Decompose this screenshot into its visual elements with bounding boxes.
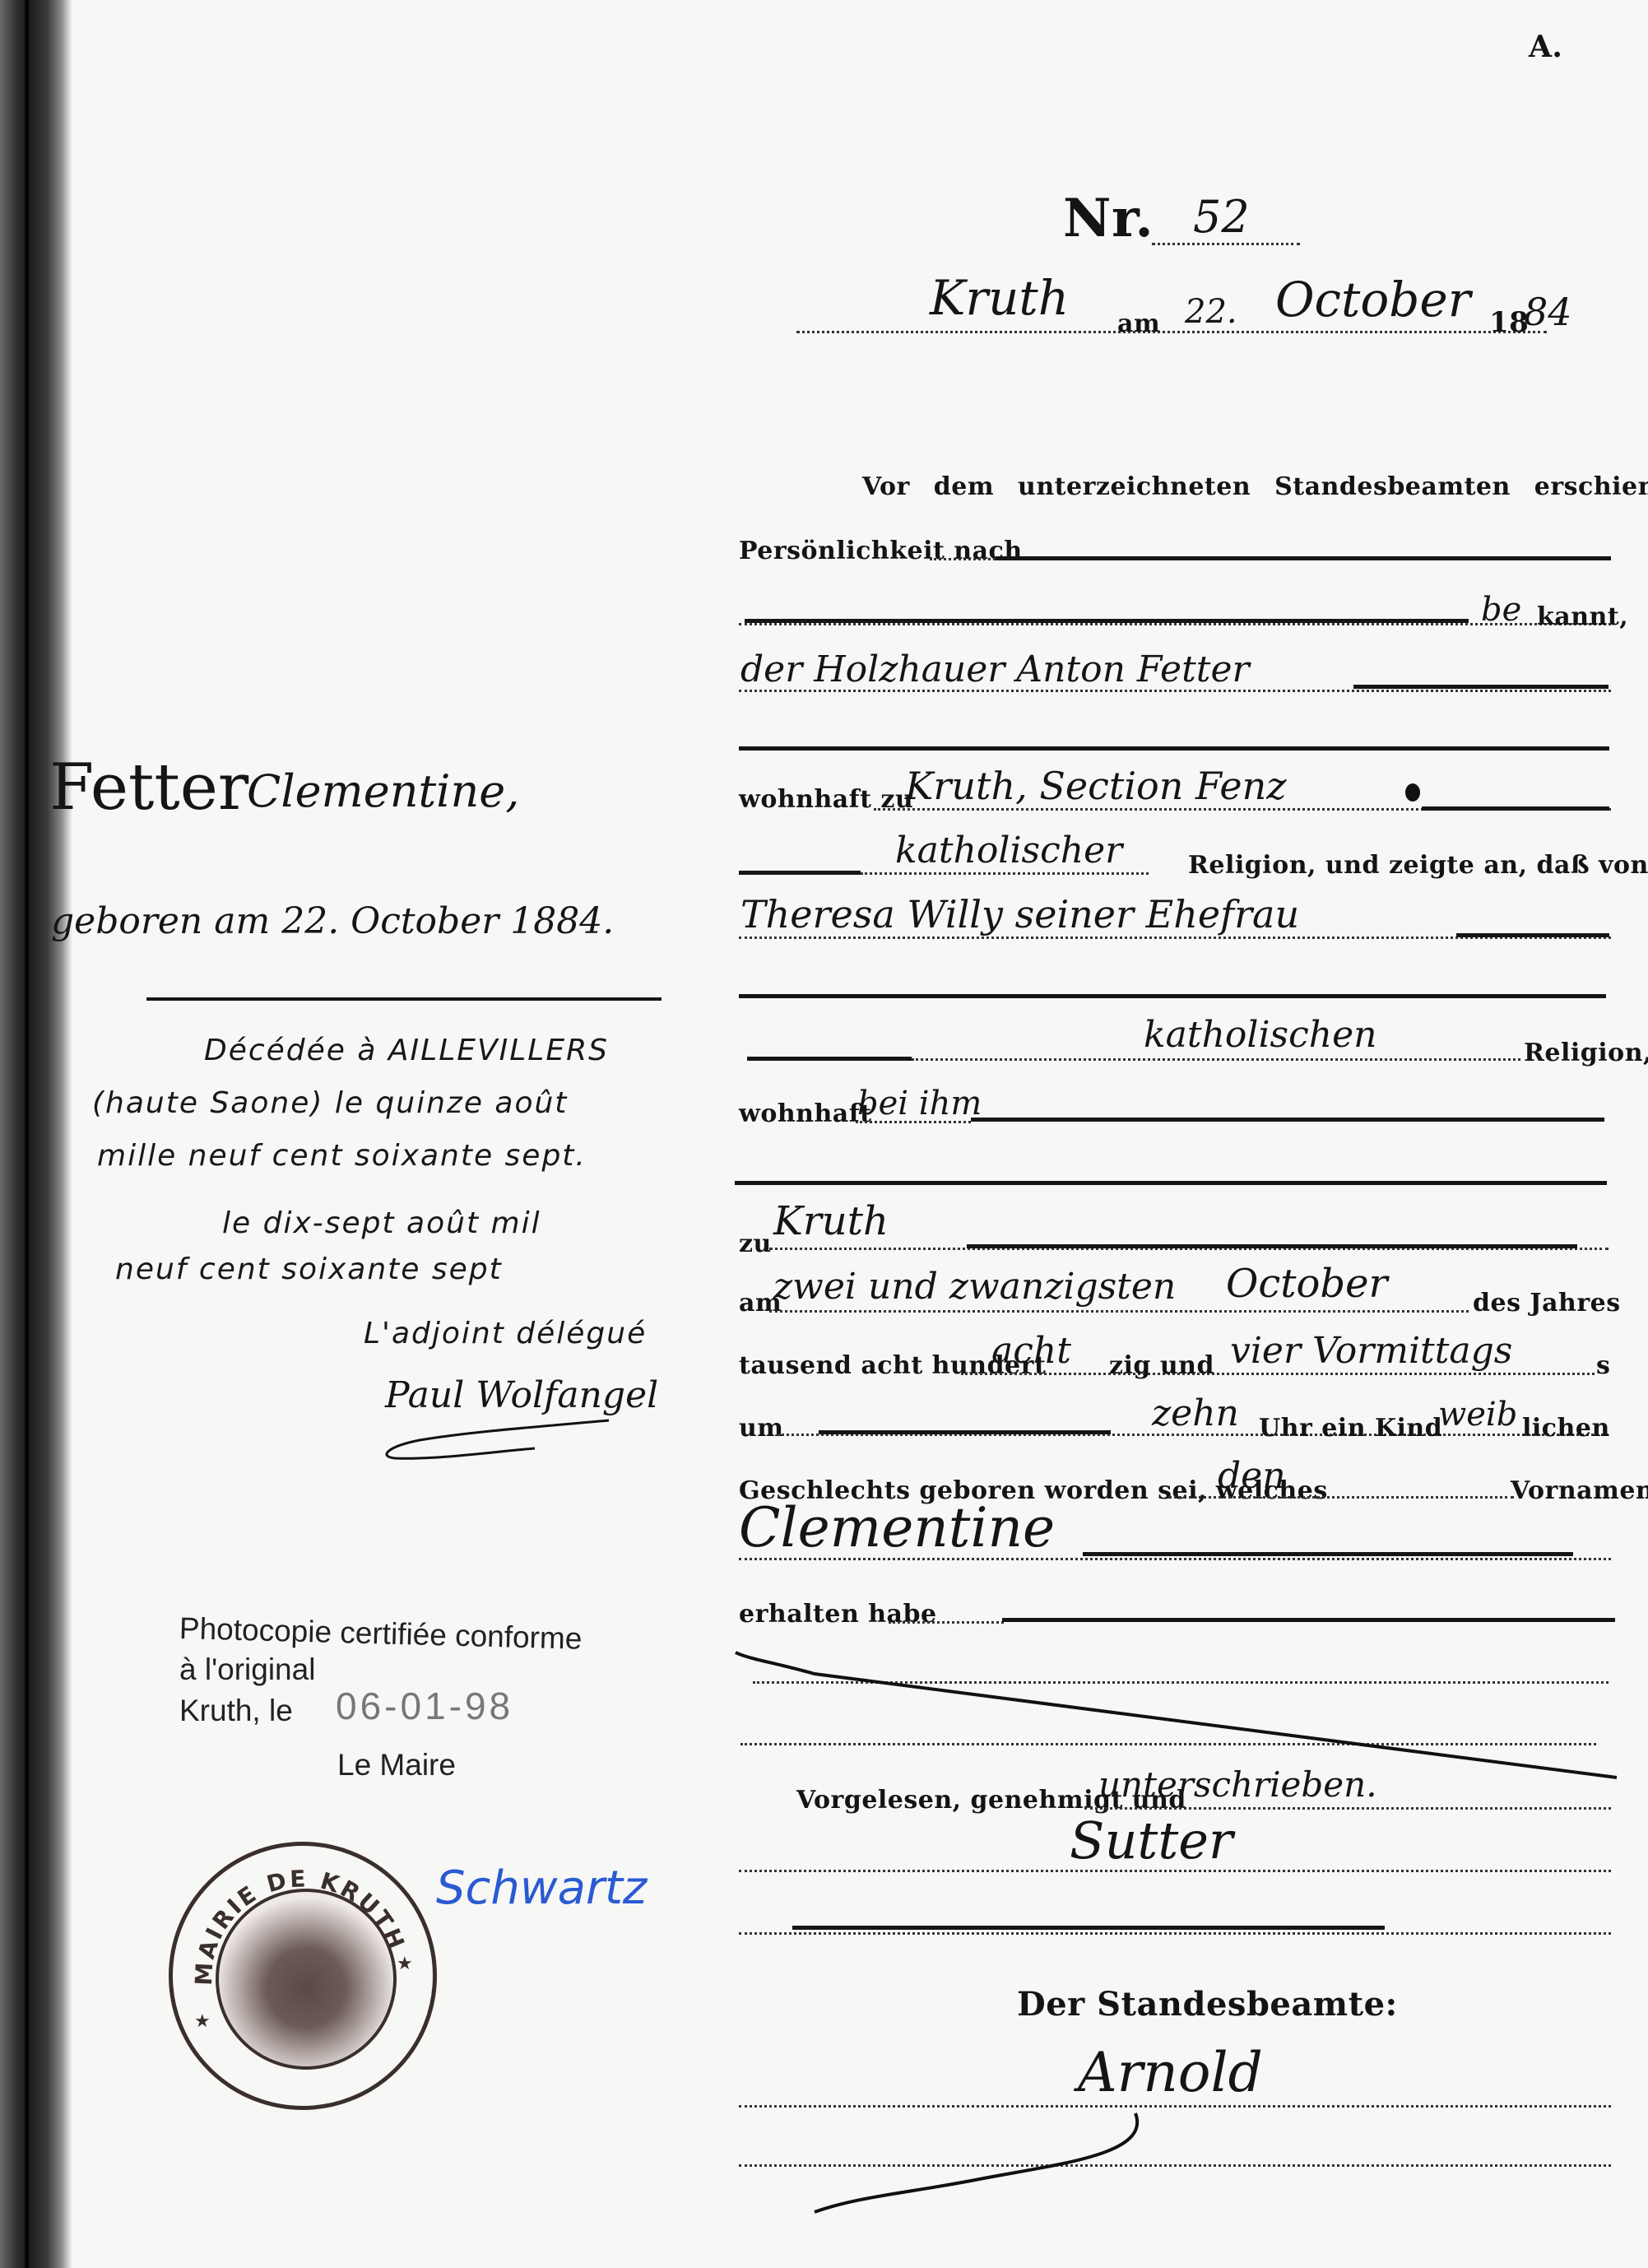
certification-place-label: Kruth, le	[179, 1694, 293, 1728]
uhr-kind-label: Uhr ein Kind	[1259, 1414, 1442, 1443]
um-label: um	[739, 1414, 784, 1443]
mother-handwritten: Theresa Willy seiner Ehefrau	[740, 892, 1299, 936]
filled-rule	[745, 619, 1469, 623]
am-label: am	[1117, 309, 1160, 338]
birth-year-units-handwritten: vier Vormittags	[1230, 1330, 1512, 1372]
ink-blot	[1405, 783, 1420, 802]
filled-rule	[1422, 806, 1609, 811]
margin-birth-note: geboren am 22. October 1884.	[51, 900, 614, 942]
filled-rule	[1456, 933, 1609, 937]
residence-handwritten: Kruth, Section Fenz	[905, 764, 1286, 808]
bekannt-handwritten: be	[1481, 591, 1521, 629]
father-religion-handwritten: katholischer	[895, 830, 1122, 871]
dotted-line	[739, 1932, 1611, 1935]
day-handwritten: 22.	[1185, 293, 1237, 331]
dotted-line	[1152, 243, 1300, 245]
erhalten-label: erhalten habe	[739, 1600, 937, 1629]
certification-date: 06-01-98	[336, 1684, 513, 1728]
zu-label: zu	[739, 1229, 772, 1258]
intro-text: Vor dem unterzeichneten Standesbeamten e…	[862, 472, 1648, 501]
place-handwritten: Kruth	[930, 270, 1069, 326]
death-note-line-4: le dix-sept août mil	[222, 1206, 541, 1240]
filled-rule	[747, 1057, 912, 1061]
religion-text-2: Religion,	[1524, 1039, 1648, 1067]
signature-underline	[370, 1415, 617, 1465]
dotted-line	[930, 558, 996, 560]
mother-religion-handwritten: katholischen	[1144, 1014, 1377, 1056]
death-note-line-3: mille neuf cent soixante sept.	[97, 1139, 587, 1173]
informant-signature: Sutter	[1070, 1810, 1233, 1871]
margin-divider	[146, 997, 662, 1001]
filled-rule	[1083, 1552, 1573, 1556]
zig-und-label: zig und	[1109, 1351, 1214, 1380]
dotted-line	[861, 872, 1149, 875]
certification-line-1: Photocopie certifiée conforme	[179, 1611, 582, 1657]
death-note-line-1: Décédée à AILLEVILLERS	[204, 1034, 609, 1067]
seal-star-icon: ★	[194, 2011, 211, 2032]
dotted-line	[739, 623, 1611, 625]
death-note-line-2: (haute Saone) le quinze août	[92, 1086, 568, 1120]
filled-rule	[996, 556, 1611, 560]
s-suffix: s	[1596, 1351, 1610, 1380]
officer-title: Der Standesbeamte:	[1017, 1985, 1398, 2024]
signature-flourish	[806, 2107, 1152, 2214]
death-note-line-5: neuf cent soixante sept	[115, 1253, 503, 1286]
bekannt-label: kannt,	[1537, 602, 1628, 631]
birthplace-handwritten: Kruth	[773, 1198, 889, 1244]
sex-handwritten: weib	[1438, 1396, 1517, 1434]
certification-line-4: Le Maire	[337, 1748, 456, 1782]
dotted-line	[769, 1310, 1469, 1313]
mairie-seal: MAIRIE DE KRUTH (Haut-Rhin) ★ ★	[169, 1842, 437, 2110]
den-handwritten: den	[1218, 1455, 1286, 1497]
margin-surname: Fetter	[49, 751, 248, 825]
father-handwritten: der Holzhauer Anton Fetter	[740, 648, 1250, 690]
wohnhaft-label: wohnhaft	[739, 1099, 871, 1128]
des-jahres-label: des Jahres	[1473, 1289, 1621, 1318]
filled-rule	[739, 994, 1606, 998]
filled-rule	[739, 746, 1609, 751]
dotted-line	[889, 1621, 1004, 1624]
birth-hour-handwritten: zehn	[1152, 1392, 1239, 1434]
persoenlichkeit-label: Persönlichkeit nach	[739, 537, 1023, 565]
death-note-signature: Paul Wolfangel	[385, 1374, 658, 1416]
binding-edge	[25, 0, 29, 2268]
filled-rule	[739, 871, 861, 875]
marianne-emblem	[216, 1889, 397, 2070]
filled-rule	[1002, 1618, 1615, 1622]
lichen-label: lichen	[1522, 1414, 1610, 1443]
death-note-line-6: L'adjoint délégué	[364, 1317, 647, 1350]
corner-mark: A.	[1529, 30, 1562, 64]
filled-rule	[792, 1926, 1385, 1930]
religion-text-1: Religion, und zeigte an, daß von der	[1188, 851, 1648, 880]
dotted-line	[912, 1058, 1520, 1061]
mother-residence-handwritten: bei ihm	[857, 1085, 982, 1122]
certification-line-2: à l'original	[179, 1652, 315, 1687]
binding-shadow	[0, 0, 72, 2268]
officer-signature: Arnold	[1078, 2041, 1263, 2104]
birth-year-tens-handwritten: acht	[991, 1330, 1071, 1372]
month-handwritten: October	[1275, 272, 1470, 328]
year-suffix-handwritten: 84	[1524, 290, 1572, 334]
birth-month-handwritten: October	[1226, 1261, 1388, 1307]
mayor-signature: Schwartz	[436, 1861, 647, 1915]
margin-given-name: Clementine,	[247, 765, 519, 817]
birth-day-handwritten: zwei und zwanzigsten	[773, 1266, 1176, 1308]
dotted-line	[796, 331, 1547, 333]
filled-rule	[1353, 685, 1609, 689]
unterschrieben-handwritten: unterschrieben.	[1098, 1764, 1377, 1805]
filled-rule	[971, 1118, 1604, 1122]
record-number: 52	[1193, 191, 1250, 243]
record-number-label: Nr.	[1063, 188, 1154, 249]
dotted-line	[961, 1373, 1595, 1375]
filled-rule	[967, 1244, 1577, 1248]
filled-rule	[819, 1430, 1111, 1434]
dotted-line	[1084, 1807, 1611, 1810]
vornamen-label: Vornamen	[1511, 1476, 1648, 1505]
child-name-handwritten: Clementine	[739, 1496, 1055, 1559]
seal-star-icon: ★	[397, 1954, 413, 1974]
filled-rule	[735, 1181, 1607, 1185]
